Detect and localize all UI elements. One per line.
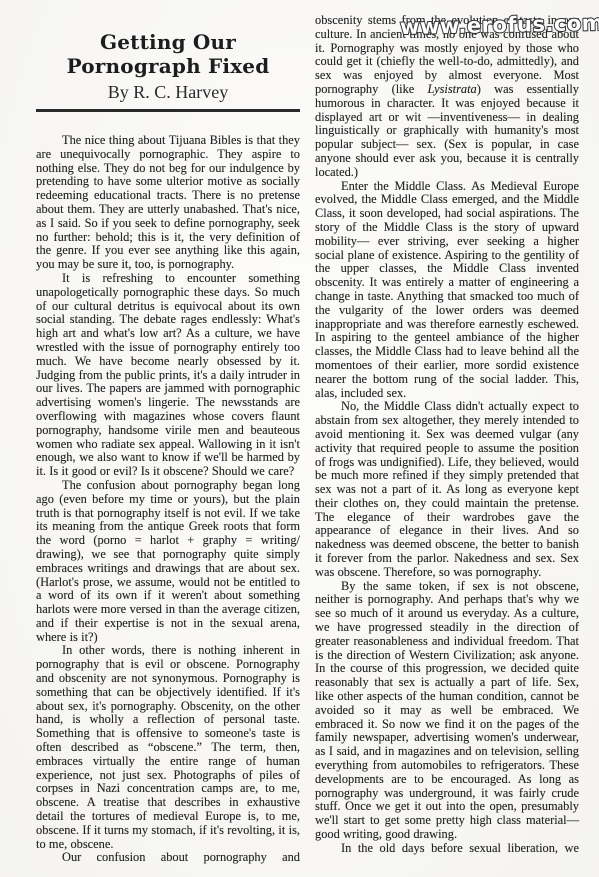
header-rule	[36, 109, 300, 112]
paragraph: No, the Middle Class didn't actually exp…	[315, 400, 579, 579]
paragraph: The confusion about pornography began lo…	[36, 479, 300, 645]
paragraph: It is refreshing to encounter something …	[36, 272, 300, 479]
paragraph: By the same token, if sex is not obscene…	[315, 580, 579, 842]
document-page: www.erofus.com Getting Our Pornograph Fi…	[0, 0, 599, 877]
paragraph-continued: In the old days before sexual liberation…	[315, 842, 579, 856]
article-title: Getting Our Pornograph Fixed	[36, 30, 300, 78]
paragraph: In other words, there is nothing inheren…	[36, 644, 300, 851]
paragraph: The nice thing about Tijuana Bibles is t…	[36, 134, 300, 272]
article-header: Getting Our Pornograph Fixed By R. C. Ha…	[36, 30, 300, 112]
article-byline: By R. C. Harvey	[36, 82, 300, 103]
watermark-text: www.erofus.com	[400, 11, 599, 39]
paragraph-continued: Our confusion about pornography and	[36, 851, 300, 865]
left-column: Getting Our Pornograph Fixed By R. C. Ha…	[36, 30, 300, 865]
paragraph: Enter the Middle Class. As Medieval Euro…	[315, 180, 579, 401]
paragraph-continuation: obscenity stems from the evolution of ta…	[315, 14, 579, 180]
right-column: obscenity stems from the evolution of ta…	[315, 14, 579, 856]
